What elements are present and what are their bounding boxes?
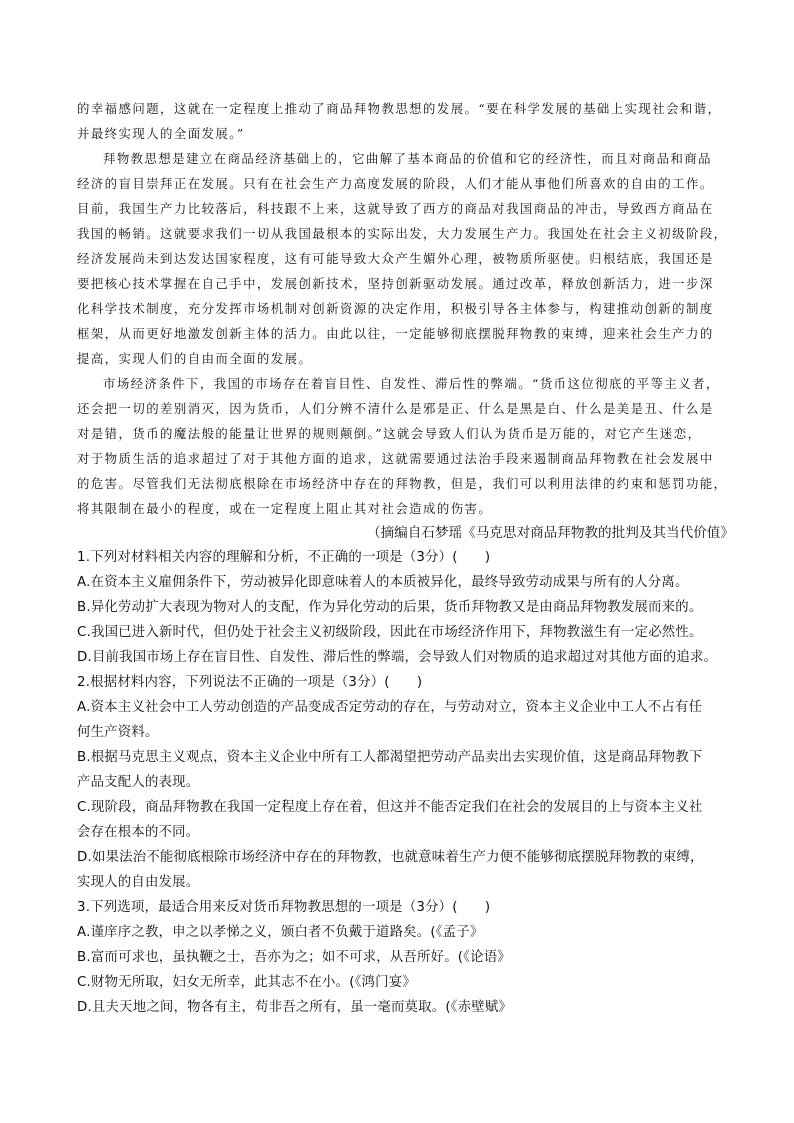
question-1-option-d: D.目前我国市场上存在盲目性、自发性、滞后性的弊端，会导致人们对物质的追求超过对… xyxy=(77,649,722,667)
passage-line: 对于物质生活的追求超过了对于其他方面的追求，这就需要通过法治手段来遏制商品拜物教… xyxy=(77,450,722,468)
question-2-option-b-cont: 产品支配人的表现。 xyxy=(77,774,722,792)
question-3-option-b: B.富而可求也，虽执鞭之士，吾亦为之；如不可求，从吾所好。(《论语》 xyxy=(77,949,722,967)
passage-paragraph-start: 拜物教思想是建立在商品经济基础上的，它曲解了基本商品的价值和它的经济性，而且对商… xyxy=(103,150,748,168)
passage-line: 对是错，货币的魔法般的能量让世界的规则颠倒。”这就会导致人们认为货币是万能的，对… xyxy=(77,425,722,443)
question-1-stem: 1.下列对材料相关内容的理解和分析，不正确的一项是（3分）( ) xyxy=(77,549,722,567)
passage-line: 经济发展尚未到达发达国家程度，这有可能导致大众产生媚外心理，被物质所驱使。归根结… xyxy=(77,250,722,268)
passage-line: 还会把一切的差别消灭，因为货币，人们分辨不清什么是邪是正、什么是黑是白、什么是美… xyxy=(77,400,722,418)
passage-line: 提高，实现人们的自由而全面的发展。 xyxy=(77,350,722,368)
question-1-option-a: A.在资本主义雇佣条件下，劳动被异化即意味着人的本质被异化，最终导致劳动成果与所… xyxy=(77,574,722,592)
question-2-option-d: D.如果法治不能彻底根除市场经济中存在的拜物教，也就意味着生产力便不能够彻底摆脱… xyxy=(77,849,722,867)
passage-line: 我国的畅销。这就要求我们一切从我国最根本的实际出发，大力发展生产力。我国处在社会… xyxy=(77,225,722,243)
question-1-option-c: C.我国已进入新时代，但仍处于社会主义初级阶段，因此在市场经济作用下，拜物教滋生… xyxy=(77,624,722,642)
passage-line: 经济的盲目崇拜正在发展。只有在社会生产力高度发展的阶段，人们才能从事他们所喜欢的… xyxy=(77,175,722,193)
passage-line: 要把核心技术掌握在自己手中，发展创新技术，坚持创新驱动发展。通过改革，释放创新活… xyxy=(77,275,722,293)
question-2-option-c-cont: 会存在根本的不同。 xyxy=(77,824,722,842)
question-1-option-b: B.异化劳动扩大表现为物对人的支配，作为异化劳动的后果，货币拜物教又是由商品拜物… xyxy=(77,599,722,617)
question-2-stem: 2.根据材料内容，下列说法不正确的一项是（3分）( ) xyxy=(77,674,722,692)
passage-line: 化科学技术制度，充分发挥市场机制对创新资源的决定作用，积极引导各主体参与，构建推… xyxy=(77,300,722,318)
passage-source-citation: （摘编自石梦瑶《马克思对商品拜物教的批判及其当代价值》 xyxy=(367,524,734,542)
passage-line: 的危害。尽管我们无法彻底根除在市场经济中存在的拜物教，但是，我们可以利用法律的约… xyxy=(77,475,722,493)
passage-line: 的幸福感问题，这就在一定程度上推动了商品拜物教思想的发展。“要在科学发展的基础上… xyxy=(77,100,722,118)
passage-line: 框架，从而更好地激发创新主体的活力。由此以往，一定能够彻底摆脱拜物教的束缚，迎来… xyxy=(77,325,722,343)
passage-line: 并最终实现人的全面发展。” xyxy=(77,125,722,143)
question-3-option-a: A.谨庠序之教，申之以孝悌之义，颁白者不负戴于道路矣。(《孟子》 xyxy=(77,924,722,942)
question-2-option-d-cont: 实现人的自由发展。 xyxy=(77,874,722,892)
document-page: 的幸福感问题，这就在一定程度上推动了商品拜物教思想的发展。“要在科学发展的基础上… xyxy=(0,0,794,1123)
question-3-stem: 3.下列选项，最适合用来反对货币拜物教思想的一项是（3分）( ) xyxy=(77,899,722,917)
question-2-option-a-cont: 何生产资料。 xyxy=(77,724,722,742)
passage-line: 将其限制在最小的程度，或在一定程度上阻止其对社会造成的伤害。 xyxy=(77,500,722,518)
question-2-option-c: C.现阶段，商品拜物教在我国一定程度上存在着，但这并不能否定我们在社会的发展目的… xyxy=(77,799,722,817)
question-3-option-c: C.财物无所取，妇女无所幸，此其志不在小。(《鸿门宴》 xyxy=(77,974,722,992)
passage-paragraph-start: 市场经济条件下，我国的市场存在着盲目性、自发性、滞后性的弊端。“货币这位彻底的平… xyxy=(103,375,748,393)
question-2-option-b: B.根据马克思主义观点，资本主义企业中所有工人都渴望把劳动产品卖出去实现价值，这… xyxy=(77,749,722,767)
question-3-option-d: D.且夫天地之间，物各有主，苟非吾之所有，虽一毫而莫取。(《赤壁赋》 xyxy=(77,999,722,1017)
question-2-option-a: A.资本主义社会中工人劳动创造的产品变成否定劳动的存在，与劳动对立，资本主义企业… xyxy=(77,699,722,717)
passage-line: 目前，我国生产力比较落后，科技跟不上来，这就导致了西方的商品对我国商品的冲击，导… xyxy=(77,200,722,218)
